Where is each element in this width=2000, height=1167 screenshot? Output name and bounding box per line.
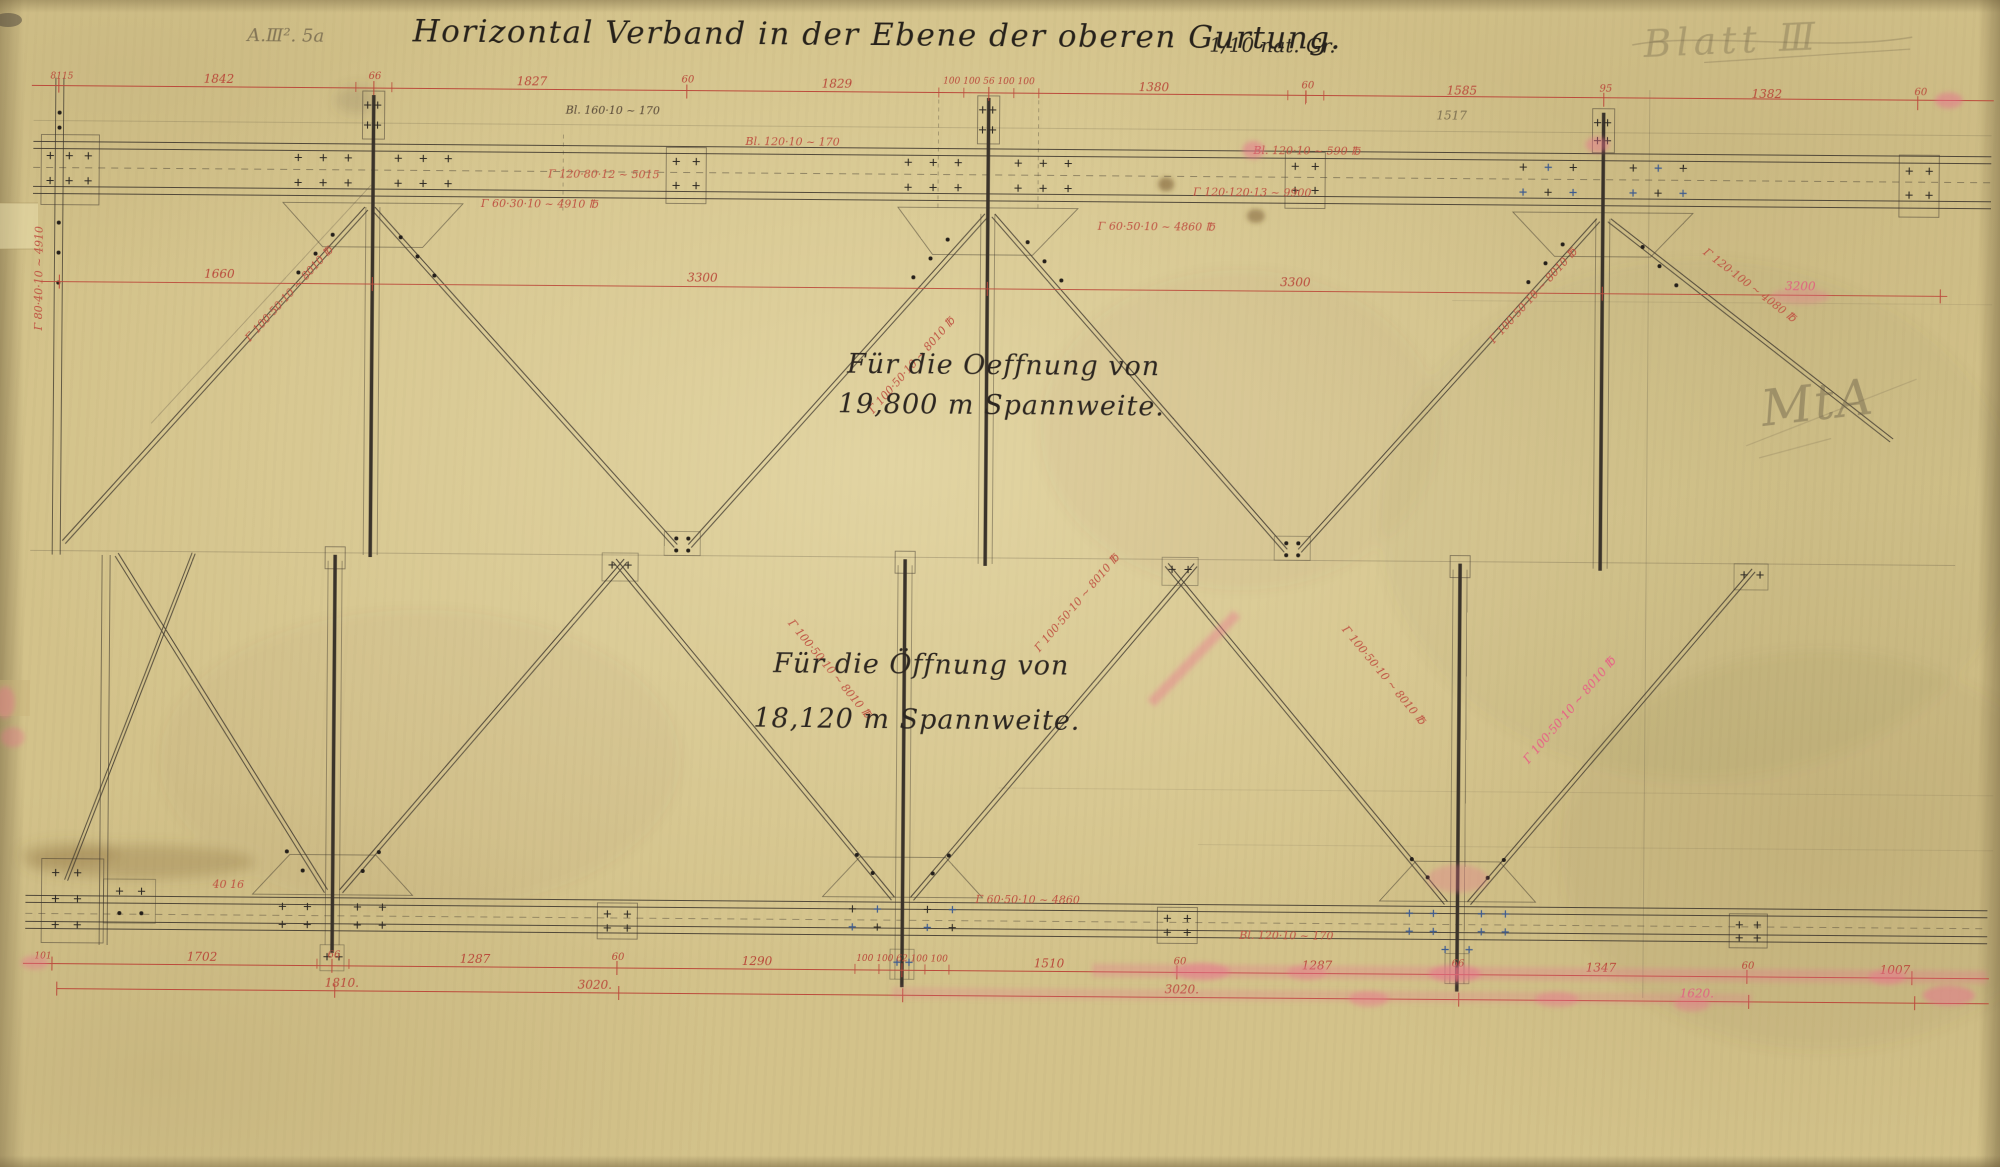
dim-label: 1660 <box>204 267 235 281</box>
dim-label: 95 <box>1599 84 1612 95</box>
tape-marks <box>0 13 38 716</box>
dim-label: 1382 <box>1752 87 1783 101</box>
sheet-number: A.Ⅲ². 5a <box>245 25 324 47</box>
span-label-line2: 18,120 m Spannweite. <box>753 703 1080 737</box>
dim-label: 3020. <box>578 978 612 992</box>
profile-annotation: Γ 60·50·10 ~ 4860 <box>974 893 1079 907</box>
span-label-line1: Für die Oeffnung von <box>846 349 1160 382</box>
dim-label: 66 <box>369 71 382 82</box>
dim-label: 1842 <box>204 72 235 86</box>
top-dimension-line: 8115 1842 66 1827 60 1829 100 100 56 100… <box>32 68 1994 126</box>
dim-label: 1827 <box>517 74 548 88</box>
profile-annotation: Bl. 160·10 ~ 170 <box>565 104 660 118</box>
dim-label: 1380 <box>1139 80 1170 94</box>
profile-annotation: 40 16 <box>212 878 245 891</box>
dim-label: 66 <box>328 950 341 961</box>
profile-annotation: Γ 60·50·10 ~ 4860 ℔ <box>1097 220 1216 234</box>
profile-annotation: Γ 100·50·10 ~ 8010 ℔ <box>1031 551 1123 655</box>
profile-annotation: Bl. 120·10 ~ 170 <box>744 135 839 149</box>
dim-label: 1702 <box>187 950 218 964</box>
lower-span-label: Für die Öffnung von 18,120 m Spannweite. <box>753 645 1081 737</box>
span-label-line1: Für die Öffnung von <box>772 645 1069 681</box>
dim-label: 1510 <box>1034 956 1065 970</box>
profile-annotation: Γ 120·80·12 ~ 5015 <box>547 167 659 181</box>
title-block: Horizontal Verband in der Ebene der ober… <box>245 12 1342 58</box>
dim-label: 3300 <box>687 271 718 285</box>
dim-label: 1287 <box>460 952 491 966</box>
dim-label: 3300 <box>1280 275 1311 289</box>
pencil-dim-label: 1517 <box>1436 108 1467 122</box>
dim-label: 8115 <box>50 72 73 82</box>
dim-label: 1290 <box>742 954 773 968</box>
upper-top-chord <box>33 92 1992 225</box>
profile-annotation: Bl. 120·10 ~ 170 <box>1238 929 1333 943</box>
scale-note: 1/10 nat. Gr. <box>1209 33 1336 58</box>
profile-annotation: Γ 60·30·10 ~ 4910 ℔ <box>480 197 599 211</box>
dim-label: 60 <box>682 74 695 85</box>
dim-label: 60 <box>1301 80 1314 91</box>
profile-annotation: Bl. 120·10 ~ 590 ℔ <box>1252 144 1361 158</box>
profile-annotation: Γ 120·120·13 ~ 9900 <box>1192 185 1311 199</box>
dim-label: 1585 <box>1447 83 1478 97</box>
technical-drawing-canvas: 8115 1842 66 1827 60 1829 100 100 56 100… <box>0 0 2000 1167</box>
dim-label: 60 <box>612 952 625 963</box>
dim-label: 100 100 56 100 100 <box>943 77 1035 88</box>
profile-annotation: Γ 100·50·10 ~ 8010 ℔ <box>242 243 337 345</box>
dim-label: 1829 <box>822 77 853 91</box>
dim-label: 1810. <box>325 976 359 990</box>
drawing-sheet: 8115 1842 66 1827 60 1829 100 100 56 100… <box>0 0 2000 1167</box>
dim-label: 60 <box>1914 87 1927 98</box>
span-label-line2: 19,800 m Spannweite. <box>838 389 1165 423</box>
dim-label: 100 100 62 100 100 <box>856 954 948 965</box>
drawing-title: Horizontal Verband in der Ebene der ober… <box>412 13 1342 56</box>
profile-annotation: Γ 80·40·10 ~ 4910 <box>32 226 46 331</box>
